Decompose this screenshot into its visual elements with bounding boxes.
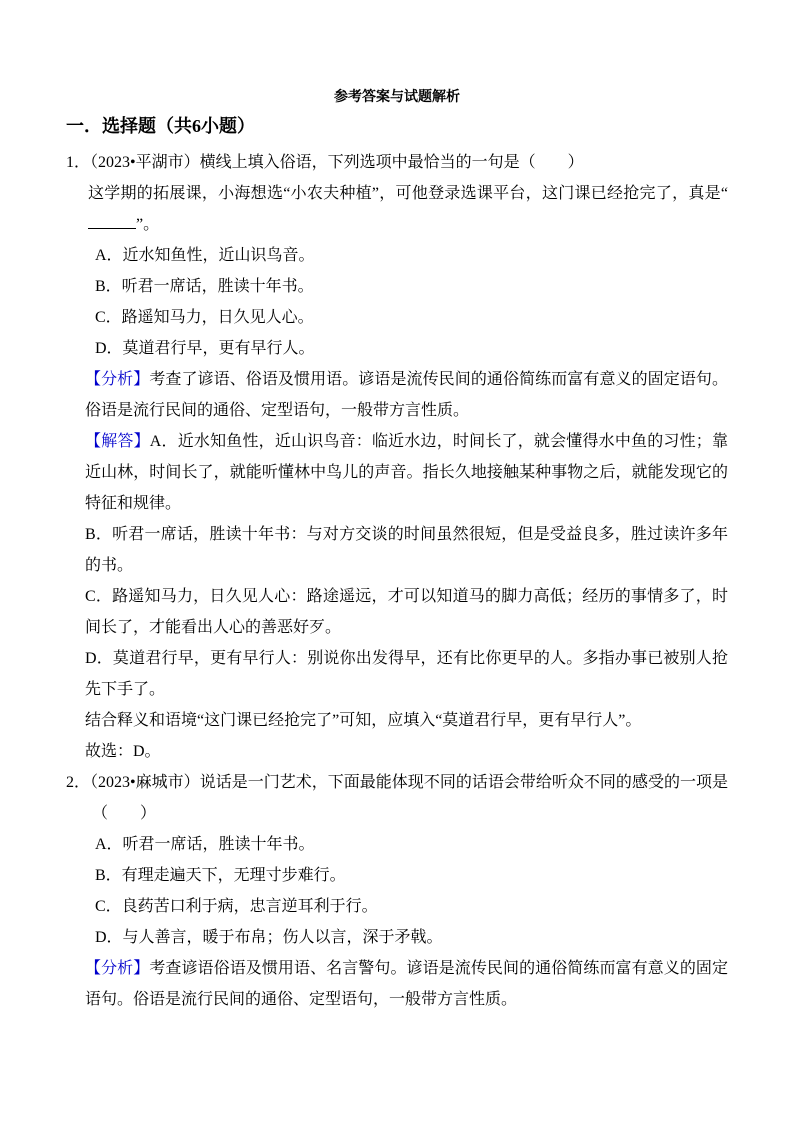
question-1-option-a: A．近水知鱼性，近山识鸟音。: [95, 240, 728, 271]
question-1-stem-text: （2023•平湖市）横线上填入俗语，下列选项中最恰当的一句是（ ）: [90, 154, 584, 171]
question-2-option-a: A．听君一席话，胜读十年书。: [95, 829, 728, 860]
question-1-analysis: 【分析】考查了谚语、俗语及惯用语。谚语是流传民间的通俗简练而富有意义的固定语句。…: [85, 364, 728, 426]
question-1-answer: 故选：D。: [85, 736, 728, 767]
analysis-label: 【分析】: [85, 371, 149, 388]
question-1-solution-text-a: A．近水知鱼性，近山识鸟音：临近水边，时间长了，就会懂得水中鱼的习性；靠近山林，…: [85, 433, 728, 512]
question-1-context-text: 这学期的拓展课，小海想选“小农夫种植”，可他登录选课平台，这门课已经抢完了，真是…: [88, 185, 728, 202]
question-2-number: 2．: [66, 774, 90, 791]
question-1-analysis-text: 考查了谚语、俗语及惯用语。谚语是流传民间的通俗简练而富有意义的固定语句。俗语是流…: [85, 371, 728, 419]
analysis-label: 【分析】: [85, 960, 149, 977]
fill-in-blank-line: [88, 214, 136, 229]
question-1-context-text-after: ”。: [136, 216, 159, 233]
solution-label: 【解答】: [85, 433, 150, 450]
question-1-number: 1．: [66, 154, 90, 171]
question-2-analysis: 【分析】考查谚语俗语及惯用语、名言警句。谚语是流传民间的通俗简练而富有意义的固定…: [85, 953, 728, 1015]
question-2-stem: 2．（2023•麻城市）说话是一门艺术，下面最能体现不同的话语会带给听众不同的感…: [66, 767, 728, 829]
document-body: 参考答案与试题解析 一．选择题（共6小题） 1．（2023•平湖市）横线上填入俗…: [66, 90, 728, 1015]
question-2-analysis-text: 考查谚语俗语及惯用语、名言警句。谚语是流传民间的通俗简练而富有意义的固定语句。俗…: [85, 960, 728, 1008]
question-1-solution-summary: 结合释义和语境“这门课已经抢完了”可知，应填入“莫道君行早，更有早行人”。: [85, 705, 728, 736]
question-1-solution-text-d: D．莫道君行早，更有早行人：别说你出发得早，还有比你更早的人。多指办事已被别人抢…: [85, 643, 728, 705]
question-1-option-c: C．路遥知马力，日久见人心。: [95, 302, 728, 333]
question-1-stem: 1．（2023•平湖市）横线上填入俗语，下列选项中最恰当的一句是（ ）: [66, 147, 728, 178]
question-1-context: 这学期的拓展课，小海想选“小农夫种植”，可他登录选课平台，这门课已经抢完了，真是…: [88, 178, 728, 240]
question-2-stem-text: （2023•麻城市）说话是一门艺术，下面最能体现不同的话语会带给听众不同的感受的…: [90, 774, 728, 822]
document-page: 参考答案与试题解析 一．选择题（共6小题） 1．（2023•平湖市）横线上填入俗…: [0, 0, 794, 1123]
page-title: 参考答案与试题解析: [66, 90, 728, 106]
question-2-option-d: D．与人善言，暖于布帛；伤人以言，深于矛戟。: [95, 922, 728, 953]
question-2-option-b: B．有理走遍天下，无理寸步难行。: [95, 860, 728, 891]
question-1: 1．（2023•平湖市）横线上填入俗语，下列选项中最恰当的一句是（ ） 这学期的…: [66, 147, 728, 767]
question-2: 2．（2023•麻城市）说话是一门艺术，下面最能体现不同的话语会带给听众不同的感…: [66, 767, 728, 1015]
question-1-solution-text-c: C．路遥知马力，日久见人心：路途遥远，才可以知道马的脚力高低；经历的事情多了，时…: [85, 581, 728, 643]
question-1-option-d: D．莫道君行早，更有早行人。: [95, 333, 728, 364]
question-1-option-b: B．听君一席话，胜读十年书。: [95, 271, 728, 302]
question-2-option-c: C．良药苦口利于病，忠言逆耳利于行。: [95, 891, 728, 922]
question-1-solution: 【解答】A．近水知鱼性，近山识鸟音：临近水边，时间长了，就会懂得水中鱼的习性；靠…: [85, 426, 728, 519]
section-heading: 一．选择题（共6小题）: [66, 114, 728, 138]
question-1-solution-text-b: B．听君一席话，胜读十年书：与对方交谈的时间虽然很短，但是受益良多，胜过读许多年…: [85, 519, 728, 581]
